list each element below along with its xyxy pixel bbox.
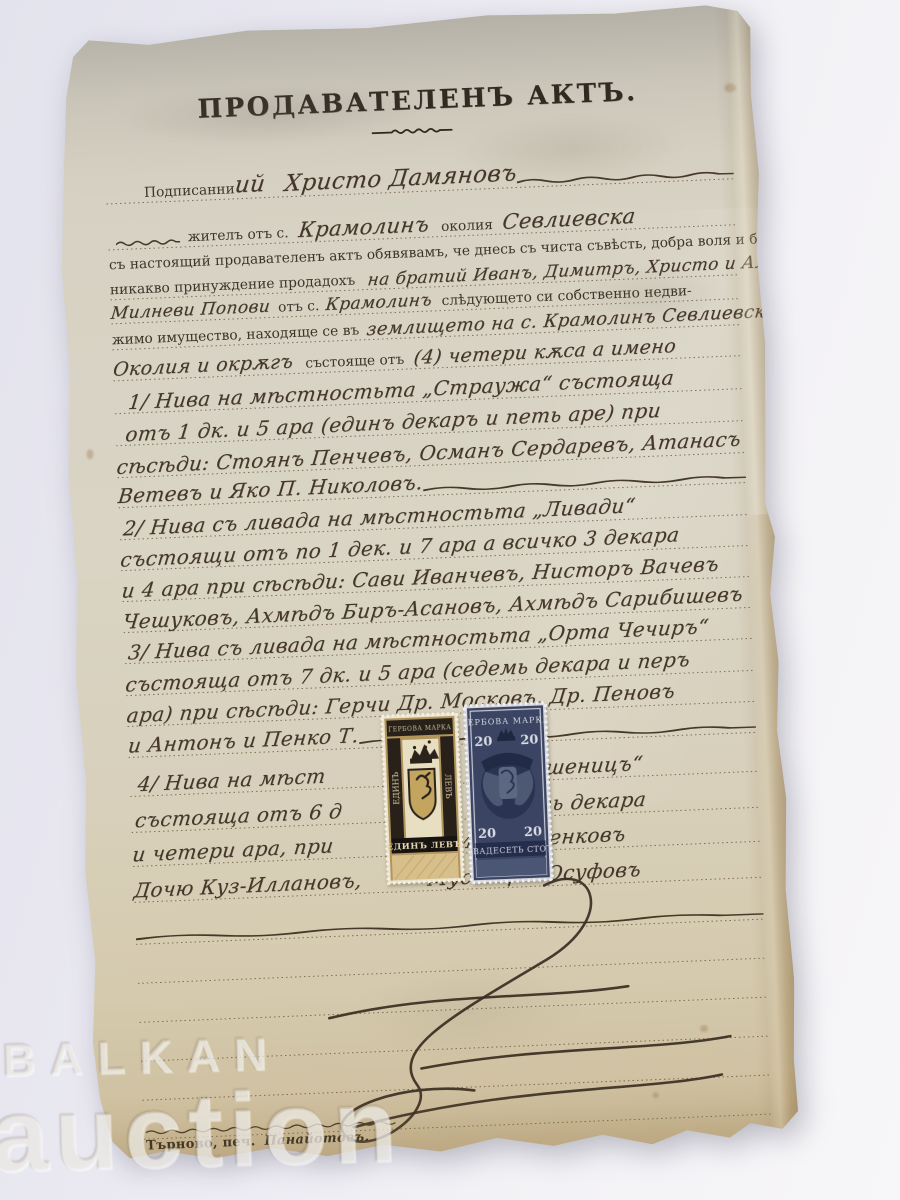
handwritten-text: ий (233, 171, 266, 200)
paper-shadow-wrap: ПРОДАВАТЕЛЕНЪ АКТЪ. ПодписанниийХристо Д… (0, 0, 900, 1200)
stamp-right-value-br: 20 (524, 825, 543, 841)
printed-form-text: отъ с. (278, 298, 320, 318)
document-paper: ПРОДАВАТЕЛЕНЪ АКТЪ. ПодписанниийХристо Д… (49, 2, 800, 1167)
foxing-spot (724, 83, 736, 92)
photo-scene: ПРОДАВАТЕЛЕНЪ АКТЪ. ПодписанниийХристо Д… (0, 0, 900, 1200)
printed-form-text: околия (441, 217, 494, 237)
stamp-right-value-tl: 20 (474, 734, 493, 750)
revenue-stamp-twenty-stotinki: ГЕРБОВА МАРКА 20 20 20 (463, 701, 554, 884)
stamp-right-value-bl: 20 (478, 826, 497, 842)
foxing-spot (86, 449, 93, 459)
stamp-left-side-left-text: ЕДИНЪ (391, 771, 401, 805)
title-divider (372, 124, 454, 137)
stamp-right-value-tr: 20 (520, 733, 539, 749)
twenty-stotinki-stamp-graphic: ГЕРБОВА МАРКА 20 20 20 (463, 701, 554, 884)
revenue-stamp-one-lev: ГЕРБОВА МАРКА ЕДИНЪ ЛЕВЪ (380, 712, 465, 885)
document-title: ПРОДАВАТЕЛЕНЪ АКТЪ. (102, 73, 733, 128)
stamp-left-side-right-text: ЛЕВЪ (443, 774, 453, 800)
lion-shield-icon (408, 769, 436, 820)
one-lev-stamp-graphic: ГЕРБОВА МАРКА ЕДИНЪ ЛЕВЪ (380, 712, 465, 885)
